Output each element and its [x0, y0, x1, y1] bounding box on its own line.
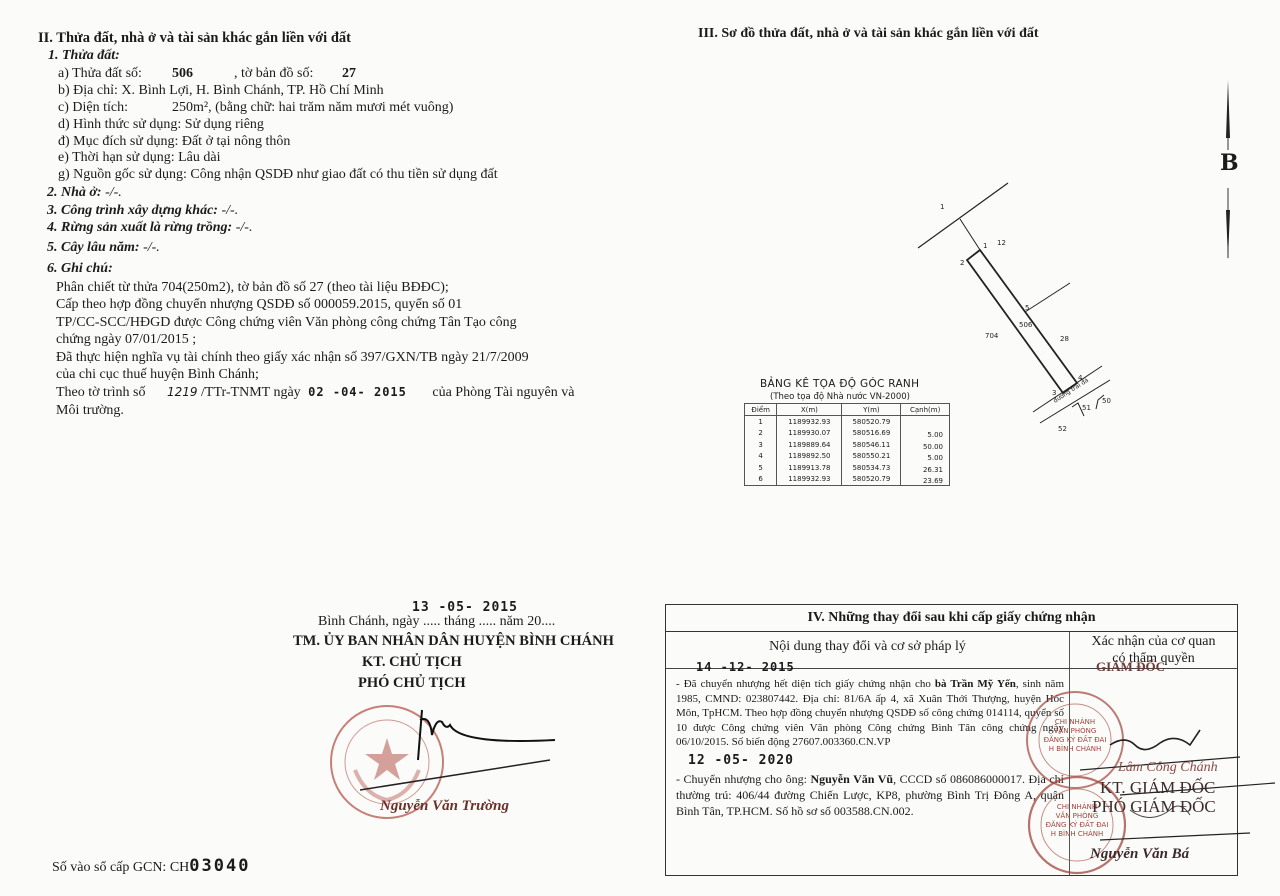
diagram-point-1: 1	[983, 242, 987, 250]
authority-title-deputy: PHÓ GIÁM ĐỐC	[1092, 797, 1216, 817]
registry-label: Số vào sổ cấp GCN: CH	[52, 860, 189, 875]
coord-point: 5	[745, 462, 777, 474]
change-entry-date: 14 -12- 2015	[696, 660, 795, 674]
coord-table-header: Điểm X(m) Y(m) Cạnh(m)	[745, 404, 950, 416]
authority-signer-2: Nguyễn Văn Bá	[1090, 846, 1189, 863]
coord-x: 1189930.07	[777, 428, 842, 440]
diagram-label-top-parcel: 1	[940, 203, 944, 211]
coord-x: 1189889.64	[777, 439, 842, 451]
coord-header-edge: Cạnh(m)	[901, 404, 950, 416]
coord-y: 580516.69	[842, 428, 901, 440]
section-4-title: IV. Những thay đổi sau khi cấp giấy chứn…	[666, 605, 1237, 632]
diagram-label-neighbor-ne: 12	[997, 239, 1006, 247]
coord-y: 580520.79	[842, 416, 901, 428]
coord-edge: 23.69	[901, 474, 950, 486]
coord-y: 580534.73	[842, 462, 901, 474]
signature-scribble-icon	[360, 700, 560, 810]
signer-title: PHÓ CHỦ TỊCH	[358, 675, 466, 692]
coord-header-x: X(m)	[777, 404, 842, 416]
signer-name: Nguyễn Văn Trường	[380, 798, 509, 815]
coord-table-row: 41189892.50580550.215.00	[745, 451, 950, 463]
coord-point: 3	[745, 439, 777, 451]
change-entry: - Chuyển nhượng cho ông: Nguyễn Văn Vũ, …	[676, 771, 1064, 819]
coord-edge	[901, 416, 950, 428]
coord-y: 580520.79	[842, 474, 901, 486]
diagram-label-east: 28	[1060, 335, 1069, 343]
column-header-content: Nội dung thay đổi và cơ sở pháp lý	[666, 639, 1069, 655]
coord-point: 6	[745, 474, 777, 486]
coord-point: 2	[745, 428, 777, 440]
sign-place-line: Bình Chánh, ngày ..... tháng ..... năm 2…	[318, 614, 555, 630]
registry-code: 03040	[189, 856, 250, 876]
coord-x: 1189932.93	[777, 474, 842, 486]
coord-table-row: 61189932.93580520.7923.69	[745, 474, 950, 486]
registry-number: Số vào sổ cấp GCN: CH03040	[52, 856, 250, 876]
change-entry-date: 12 -05- 2020	[688, 753, 794, 768]
coord-edge: 50.00	[901, 439, 950, 451]
coord-edge: 26.31	[901, 462, 950, 474]
coord-table-row: 51189913.78580534.7326.31	[745, 462, 950, 474]
entry-text: - Chuyển nhượng cho ông:	[676, 772, 810, 786]
diagram-label-south-b: 50	[1102, 397, 1111, 405]
coord-header-point: Điểm	[745, 404, 777, 416]
issue-date-stamp: 13 -05- 2015	[412, 600, 518, 615]
authority-title-director: GIÁM ĐỐC	[1096, 659, 1165, 675]
change-entry: - Đã chuyển nhượng hết diện tích giấy ch…	[676, 677, 1064, 750]
diagram-point-5: 5	[1025, 304, 1029, 312]
diagram-label-west: 704	[985, 332, 999, 340]
diagram-point-2: 2	[960, 259, 964, 267]
coord-table-title: BẢNG KÊ TỌA ĐỘ GÓC RANH	[760, 378, 919, 390]
coord-y: 580546.11	[842, 439, 901, 451]
coord-edge: 5.00	[901, 428, 950, 440]
coord-table-row: 11189932.93580520.79	[745, 416, 950, 428]
authority-signer-1: Lâm Công Chánh	[1118, 760, 1218, 776]
coord-point: 1	[745, 416, 777, 428]
entry-transferee: bà Trần Mỹ Yến	[935, 678, 1016, 690]
coord-table-row: 21189930.07580516.695.00	[745, 428, 950, 440]
coord-y: 580550.21	[842, 451, 901, 463]
issuing-authority: TM. ỦY BAN NHÂN DÂN HUYỆN BÌNH CHÁNH	[293, 633, 614, 650]
coord-edge: 5.00	[901, 451, 950, 463]
entry-transferee: Nguyễn Văn Vũ	[810, 772, 893, 786]
diagram-label-south-a: 51	[1082, 404, 1091, 412]
entry-text: - Đã chuyển nhượng hết diện tích giấy ch…	[676, 678, 935, 690]
diagram-label-road: đường trải đá	[1052, 377, 1090, 405]
coord-x: 1189892.50	[777, 451, 842, 463]
signer-title-kt: KT. CHỦ TỊCH	[362, 654, 462, 671]
coord-table-subtitle: (Theo tọa độ Nhà nước VN-2000)	[770, 392, 910, 402]
coord-point: 4	[745, 451, 777, 463]
diagram-label-south-c: 52	[1058, 425, 1067, 433]
diagram-label-parcel: 506	[1019, 321, 1033, 329]
coord-header-y: Y(m)	[842, 404, 901, 416]
coord-x: 1189913.78	[777, 462, 842, 474]
authority-title-kt: KT. GIÁM ĐỐC	[1100, 778, 1215, 798]
coord-table-row: 31189889.64580546.1150.00	[745, 439, 950, 451]
authority-header-line1: Xác nhận của cơ quan	[1070, 633, 1237, 650]
coord-x: 1189932.93	[777, 416, 842, 428]
coord-table: Điểm X(m) Y(m) Cạnh(m) 11189932.93580520…	[744, 403, 950, 486]
